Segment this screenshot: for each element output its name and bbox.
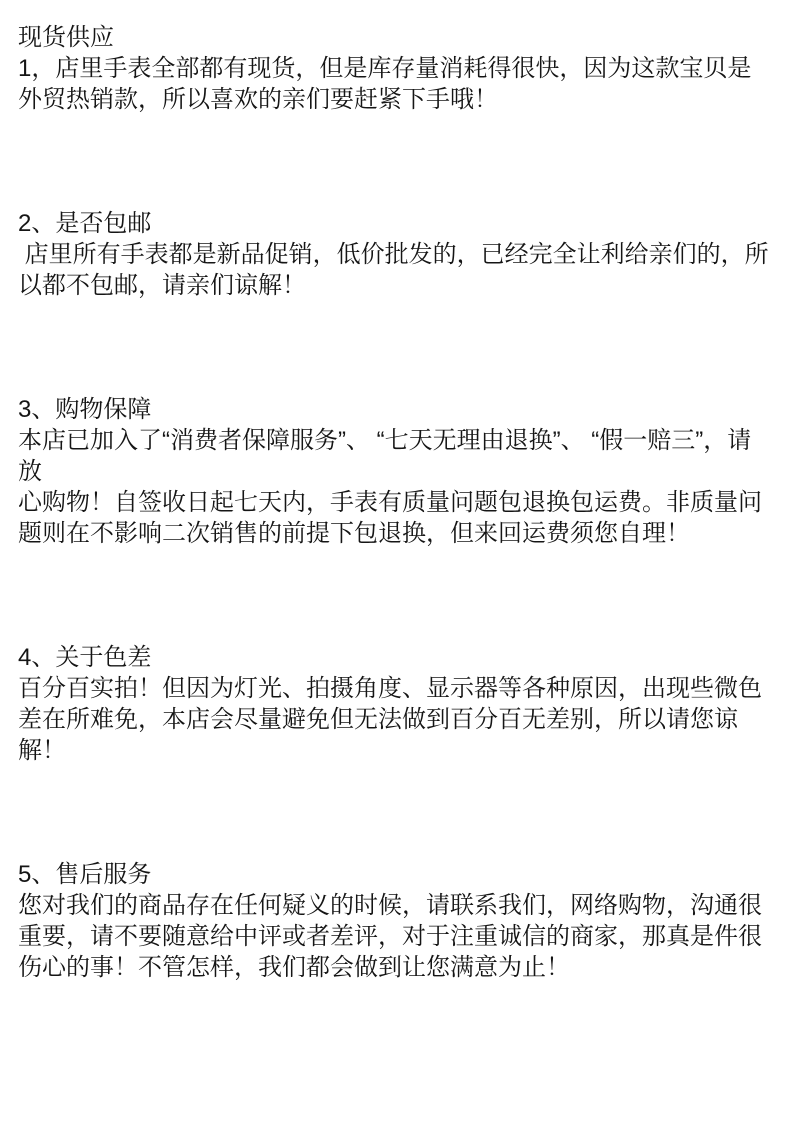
section-body: 百分百实拍！但因为灯光、拍摄角度、显示器等各种原因，出现些微色差在所难免，本店会… [18,673,770,766]
product-description-page: 现货供应 1，店里手表全部都有现货，但是库存量消耗得很快，因为这款宝贝是外贸热销… [0,0,790,1132]
section-heading: 4、关于色差 [18,642,770,673]
section-heading: 3、购物保障 [18,394,770,425]
section-heading: 现货供应 [18,22,770,53]
section-body: 本店已加入了“消费者保障服务”、 “七天无理由退换”、 “假一赔三”，请放 心购… [18,425,770,549]
section-shopping-guarantee: 3、购物保障 本店已加入了“消费者保障服务”、 “七天无理由退换”、 “假一赔三… [18,394,770,549]
section-heading: 5、售后服务 [18,859,770,890]
section-after-sales-service: 5、售后服务 您对我们的商品存在任何疑义的时候，请联系我们，网络购物，沟通很重要… [18,859,770,983]
section-shipping-policy: 2、是否包邮 店里所有手表都是新品促销，低价批发的，已经完全让利给亲们的，所以都… [18,208,770,301]
section-stock-supply: 现货供应 1，店里手表全部都有现货，但是库存量消耗得很快，因为这款宝贝是外贸热销… [18,22,770,115]
section-body: 店里所有手表都是新品促销，低价批发的，已经完全让利给亲们的，所以都不包邮，请亲们… [18,239,770,301]
section-heading: 2、是否包邮 [18,208,770,239]
section-body: 1，店里手表全部都有现货，但是库存量消耗得很快，因为这款宝贝是外贸热销款，所以喜… [18,53,770,115]
section-color-difference: 4、关于色差 百分百实拍！但因为灯光、拍摄角度、显示器等各种原因，出现些微色差在… [18,642,770,766]
section-body: 您对我们的商品存在任何疑义的时候，请联系我们，网络购物，沟通很重要，请不要随意给… [18,890,770,983]
